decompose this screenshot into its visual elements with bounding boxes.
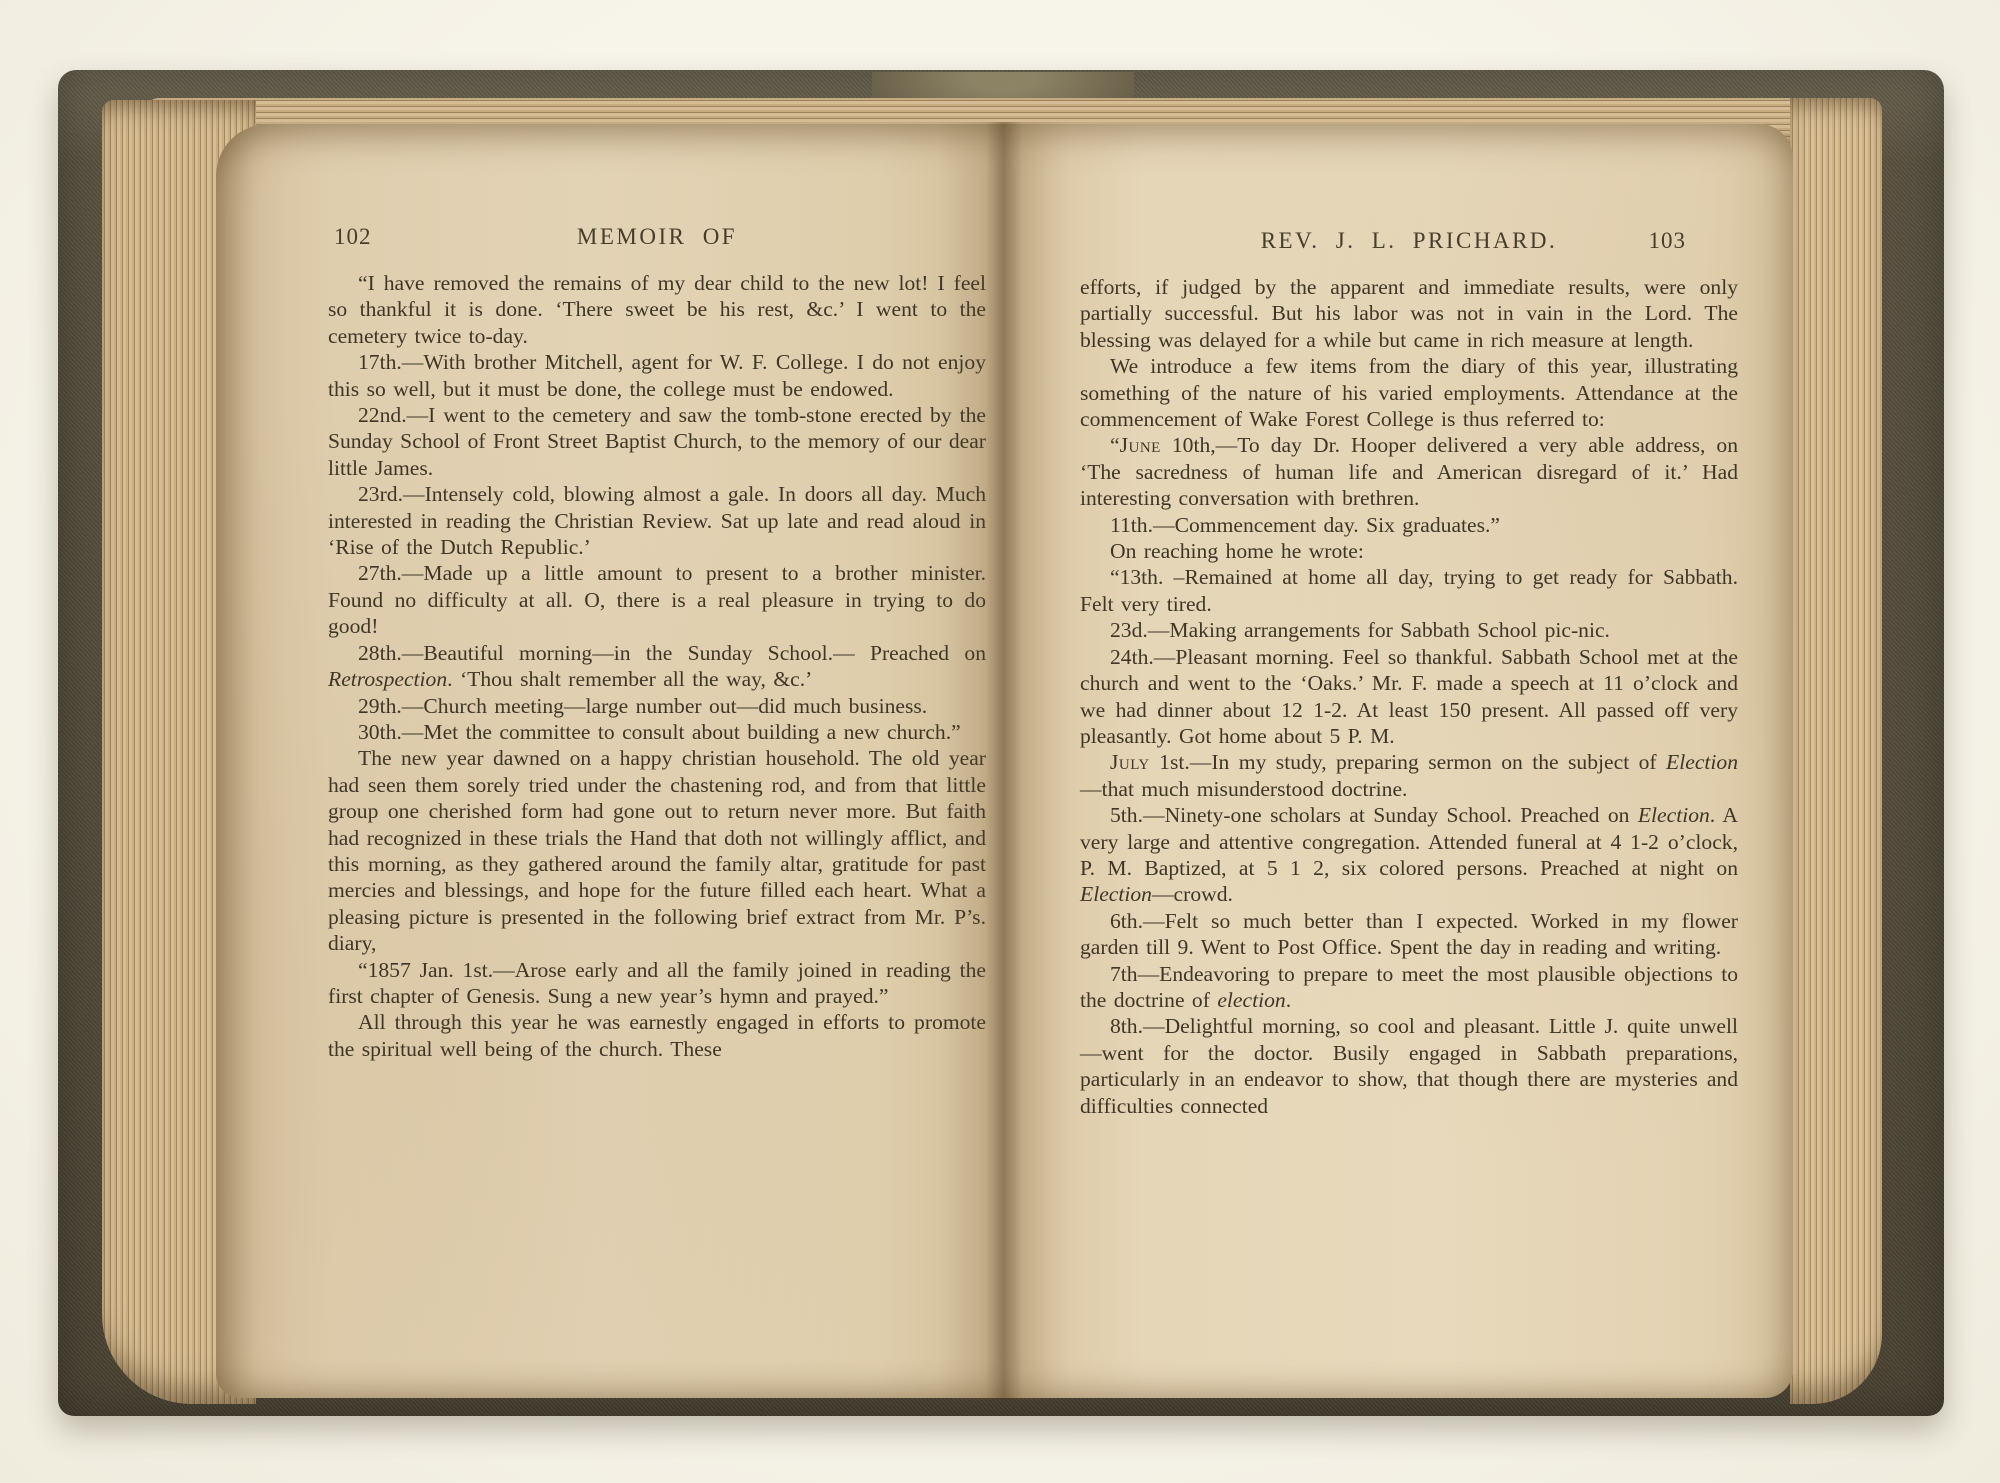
left-page-header: 102 MEMOIR OF (328, 224, 986, 254)
right-page-number: 103 (1649, 228, 1687, 254)
paragraph: 7th—Endeavoring to prepare to meet the m… (1080, 961, 1738, 1014)
right-page-header: REV. J. L. PRICHARD. 103 (1080, 228, 1738, 258)
right-page-text: efforts, if judged by the apparent and i… (1080, 274, 1738, 1119)
paragraph: On reaching home he wrote: (1080, 538, 1738, 564)
paragraph: The new year dawned on a happy christian… (328, 745, 986, 956)
paragraph: July 1st.—In my study, preparing sermon … (1080, 749, 1738, 802)
page-edges-right (1790, 98, 1882, 1404)
paragraph: 30th.—Met the committee to consult about… (328, 719, 986, 745)
paragraph: 23d.—Making arrangements for Sabbath Sch… (1080, 617, 1738, 643)
paragraph: 17th.—With brother Mitchell, agent for W… (328, 349, 986, 402)
paragraph: “1857 Jan. 1st.—Arose early and all the … (328, 957, 986, 1010)
paragraph: We introduce a few items from the diary … (1080, 353, 1738, 432)
left-page-text: “I have removed the remains of my dear c… (328, 270, 986, 1062)
photo-background: 102 MEMOIR OF “I have removed the remain… (0, 0, 2000, 1483)
paragraph: All through this year he was earnestly e… (328, 1009, 986, 1062)
paragraph: 27th.—Made up a little amount to present… (328, 560, 986, 639)
paragraph: 22nd.—I went to the cemetery and saw the… (328, 402, 986, 481)
paragraph: efforts, if judged by the apparent and i… (1080, 274, 1738, 353)
right-page: REV. J. L. PRICHARD. 103 efforts, if jud… (1003, 124, 1793, 1398)
right-running-header: REV. J. L. PRICHARD. (1080, 228, 1738, 254)
paragraph: 29th.—Church meeting—large number out—di… (328, 693, 986, 719)
paragraph: 24th.—Pleasant morning. Feel so thankful… (1080, 644, 1738, 750)
paragraph: “I have removed the remains of my dear c… (328, 270, 986, 349)
paragraph: 28th.—Beautiful morning—in the Sunday Sc… (328, 640, 986, 693)
paragraph: 23rd.—Intensely cold, blowing almost a g… (328, 481, 986, 560)
paragraph: 5th.—Ninety-one scholars at Sunday Schoo… (1080, 802, 1738, 908)
paragraph: 11th.—Commencement day. Six graduates.” (1080, 512, 1738, 538)
paragraph: “June 10th,—To day Dr. Hooper delivered … (1080, 432, 1738, 511)
left-running-header: MEMOIR OF (328, 224, 986, 250)
paragraph: 6th.—Felt so much better than I expected… (1080, 908, 1738, 961)
left-page: 102 MEMOIR OF “I have removed the remain… (216, 124, 1003, 1398)
paragraph: “13th. –Remained at home all day, trying… (1080, 564, 1738, 617)
paragraph: 8th.—Delightful morning, so cool and ple… (1080, 1013, 1738, 1119)
